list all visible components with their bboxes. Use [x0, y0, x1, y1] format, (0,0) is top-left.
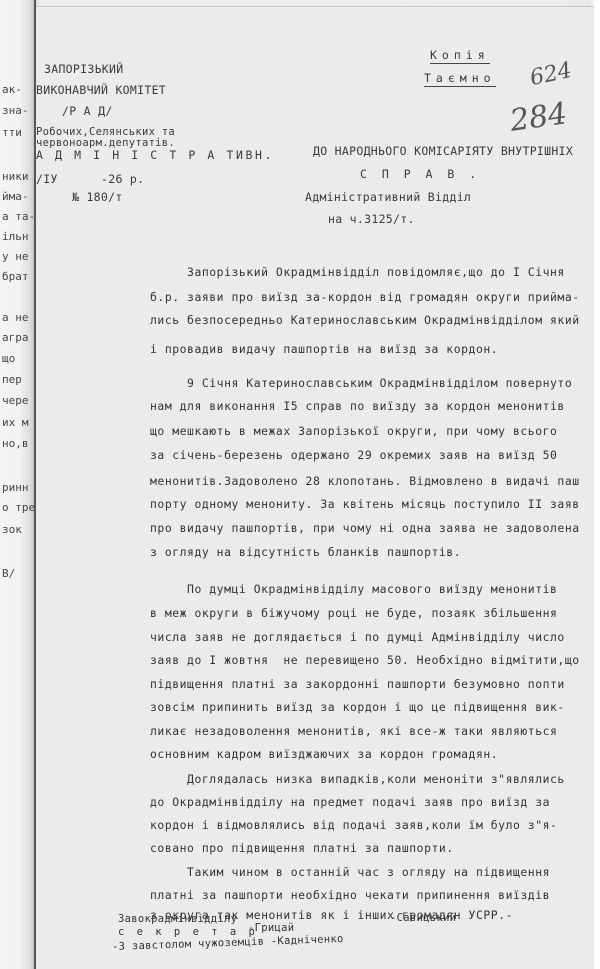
margin-fragment: що	[2, 352, 15, 365]
margin-fragment: а не	[2, 311, 29, 324]
margin-fragment: у не	[2, 250, 29, 263]
body-line: кордон і відмовлялись від подачі заяв,ко…	[150, 818, 557, 832]
body-line: Таким чином в останній час з огляду на п…	[150, 865, 550, 879]
letter-number: № 180/т	[72, 190, 123, 204]
body-line: ликає незадоволення менонитів, які все-ж…	[150, 724, 557, 738]
body-line: б.р. заяви про виїзд за-кордон від грома…	[150, 290, 580, 304]
copy-label-text: Копія	[430, 48, 490, 64]
org-line-3: /Р А Д/	[62, 104, 113, 118]
org-line-2: ВИКОНАВЧИЙ КОМІТЕТ	[36, 83, 166, 97]
margin-fragment: их м	[2, 416, 29, 429]
body-line: заяв до І жовтня не перевищено 50. Необх…	[150, 653, 580, 667]
addressee-line-1: ДО НАРОДНЬОГО КОМІСАРІЯТУ ВНУТРІШНІХ	[313, 144, 573, 158]
body-line: до Окрадмінвідділу на предмет подачі зая…	[150, 795, 550, 809]
body-line: зовсім припинить виїзд за кордон і що це…	[150, 700, 565, 714]
body-line: основним кадром виїзджаючих за кордон гр…	[150, 747, 498, 761]
secret-label-text: Таємно	[424, 71, 496, 87]
body-line: Запорізький Окрадмінвідділ повідомляє,що…	[150, 265, 565, 279]
body-line: совано про підвищення платні за пашпорти…	[150, 841, 454, 855]
secretary-name: -Грицай	[248, 922, 294, 934]
margin-fragment: ники	[2, 170, 29, 183]
margin-fragment: йма-	[2, 190, 29, 203]
org-line-1: ЗАПОРІЗЬКИЙ	[44, 62, 123, 76]
margin-fragment: В/	[2, 567, 15, 580]
body-line: менонитів.Задоволено 28 клопотань. Відмо…	[150, 474, 580, 488]
body-line: підвищення платні за закордонні пашпорти…	[150, 677, 565, 691]
margin-fragment: чере	[2, 394, 29, 407]
addressee-line-2: С П Р А В .	[360, 167, 480, 181]
body-line: порту одному менониту. За квітень місяць…	[150, 497, 580, 511]
body-line: в меж округи в біжучому році не буде, по…	[150, 606, 557, 620]
margin-fragment: ринн	[2, 481, 29, 494]
body-line: лись безпосередньо Катеринославським Окр…	[150, 313, 580, 327]
margin-fragment: брат	[2, 270, 29, 283]
margin-fragment: а та-	[2, 210, 35, 223]
margin-fragment: тти	[2, 126, 22, 139]
org-line-6: А Д М І Н І С Т Р А ТИВН.	[36, 148, 274, 162]
document-scan: ак-зна-ттиникийма-а та-ільну небрата неа…	[0, 0, 600, 969]
head-name: -Савицький	[390, 912, 456, 924]
secret-label: Таємно	[424, 71, 496, 85]
body-line: з огляду на відсутність бланків пашпорті…	[150, 545, 461, 559]
copy-label: Копія	[430, 48, 490, 62]
margin-fragment: но,в	[2, 437, 29, 450]
body-line: 9 Січня Катеринославським Окрадмінвідділ…	[150, 376, 572, 390]
margin-fragment: зна-	[2, 104, 29, 117]
body-line: платні за пашпорти необхідно чекати прип…	[150, 888, 550, 902]
body-line: і провадив видачу пашпортів на виїзд за …	[150, 342, 498, 356]
head-title: Завокрадмінвідділу	[118, 913, 237, 925]
body-line: числа заяв не доглядається і по думці Ад…	[150, 630, 565, 644]
body-line: нам для виконання І5 справ по виїзду за …	[150, 399, 565, 413]
addressee-line-4: на ч.3125/т.	[328, 212, 415, 226]
body-line: за січень-березень одержано 29 окремих з…	[150, 448, 557, 462]
margin-fragment: о тре	[2, 501, 35, 514]
margin-fragment: агра	[2, 331, 29, 344]
body-line: що мешкають в межах Запорізької округи, …	[150, 424, 557, 438]
body-line: По думці Окрадмінвідділу масового виїзду…	[150, 582, 557, 596]
margin-fragment: пер	[2, 373, 22, 386]
letter-date: /ІУ -26 р.	[36, 172, 144, 186]
body-line: Доглядалась низка випадків,коли меноніти…	[150, 772, 565, 786]
addressee-line-3: Адміністративний Відділ	[305, 190, 471, 204]
body-line: про видачу пашпортів, при чому ні одна з…	[150, 521, 580, 535]
margin-fragment: ільн	[2, 230, 29, 243]
margin-fragment: ак-	[2, 83, 22, 96]
margin-fragment: зок	[2, 523, 22, 536]
